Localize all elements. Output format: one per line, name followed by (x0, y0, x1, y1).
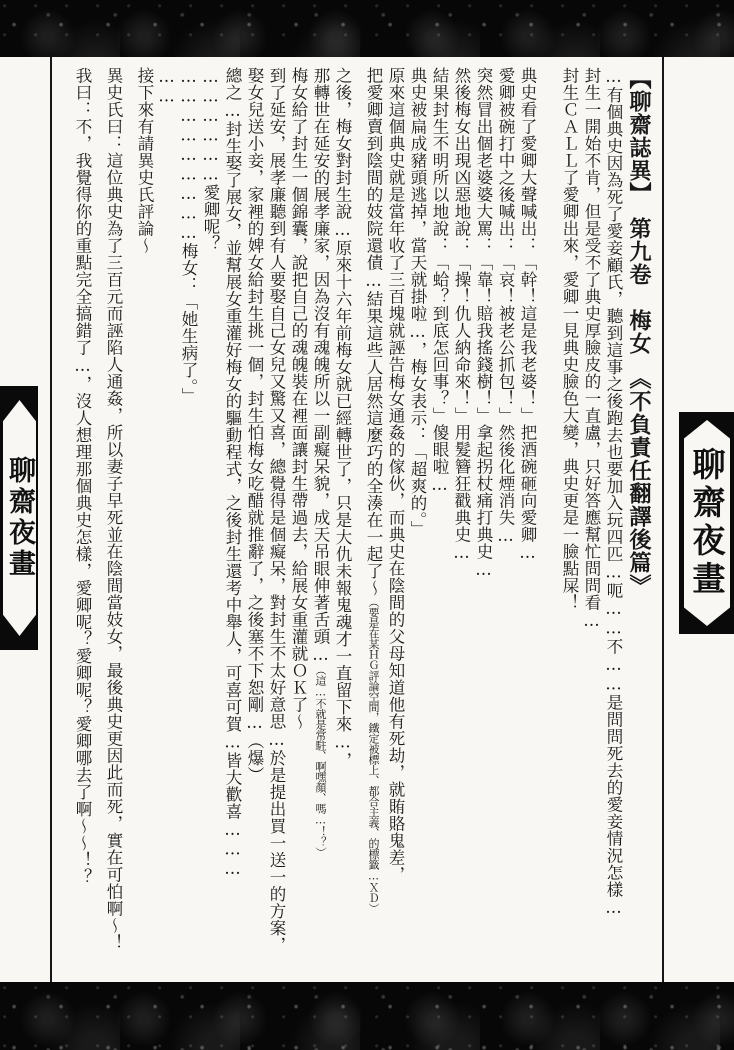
text-block: 【聊齋誌異】 第九卷 梅女 《不負責任翻譯後篇》…有個典史因為死了愛妾顧氏，聽到… (50, 57, 664, 982)
right-title-banner: 聊齋夜畫 (679, 412, 734, 634)
text-column: 然後梅女出現凶惡地說：「操！仇人納命來！」用髮簪狂戳典史… (450, 67, 472, 974)
text-column: 封生一開始不肯，但是受不了典史厚臉皮的一直盧，只好答應幫忙問問看… (580, 67, 602, 974)
text-column: 典史被扁成豬頭逃掉，當天就掛啦…，梅女表示：「超爽的。」 (406, 67, 428, 974)
text-column: 愛卿被碗打中之後喊出：「哀！被老公抓包！」然後化煙消失… (494, 67, 516, 974)
text-column: 我曰：不，我覺得你的重點完全搞錯了…，沒人想理那個典史怎樣，愛卿呢？愛卿呢？愛卿… (71, 67, 93, 974)
text-column: 原來這個典史就是當年收了三百塊就誣告梅女通姦的傢伙，而典史在陰間的父母知道他有死… (384, 67, 406, 974)
annotation-note: （要是在某ＨＧ評論空間，鐵定被標上、都合主義、的標籤…ＸＤ） (367, 597, 380, 914)
annotation-note: （這…不就是常駐、啊嘿顏、嗎…！？） (314, 665, 327, 858)
left-banner-lozenge: 聊齋夜畫 (3, 400, 36, 636)
text-column: 那轉世在延安的展孝廉家，因為沒有魂魄所以一副癡呆貌，成天吊眼伸著舌頭…（這…不就… (309, 67, 331, 974)
text-column: 封生ＣＡＬＬ了愛卿出來，愛卿一見典史臉色大變，典史更是一臉點屎！ (558, 67, 580, 974)
text-column: …有個典史因為死了愛妾顧氏，聽到這事之後跑去也要加入玩四匹…呃……不……是問問死… (602, 67, 624, 974)
text-column: 典史看了愛卿大聲喊出：「幹！這是我老婆！」把酒碗砸向愛卿… (516, 67, 538, 974)
text-column: 到了延安，展孝廉聽到有人要娶自己女兒又驚又喜，總覺得是個癡呆，對封生不太好意思…… (265, 67, 287, 974)
scanned-page: 聊齋夜畫 聊齋夜畫 【聊齋誌異】 第九卷 梅女 《不負責任翻譯後篇》…有個典史因… (0, 0, 734, 1050)
text-column: 突然冒出個老婆婆大罵：「靠！賠我搖錢樹！」拿起拐杖痛打典史… (472, 67, 494, 974)
bottom-border-band (0, 982, 734, 1050)
text-column: 接下來有請異史氏評論～ (133, 67, 155, 974)
text-column: 娶女兒送小妾，家裡的婢女給封生挑一個，封生怕梅女吃醋就推辭了，之後塞不下恕剛…（… (243, 67, 265, 974)
top-border-band (0, 0, 734, 57)
text-column: ………………………梅女：「她生病了。」 (177, 67, 199, 974)
series-title-left: 聊齋夜畫 (0, 456, 39, 580)
title-column: 【聊齋誌異】 第九卷 梅女 《不負責任翻譯後篇》 (624, 67, 654, 974)
left-title-banner: 聊齋夜畫 (0, 386, 38, 650)
right-banner-lozenge: 聊齋夜畫 (684, 420, 730, 626)
text-column: …… (155, 67, 177, 974)
text-column: 把愛卿賣到陰間的妓院還債…結果這些人居然這麼巧的全湊在一起了～（要是在某ＨＧ評論… (362, 67, 384, 974)
text-column: 結果封生不明所以地說：「蛤？到底怎回事？」傻眼啦… (428, 67, 450, 974)
series-title-right: 聊齋夜畫 (684, 447, 731, 599)
text-column: 之後，梅女對封生說…原來十六年前梅女就已經轉世了，只是大仇未報鬼魂才一直留下來…… (331, 67, 353, 974)
text-column: ………………愛卿呢？ (199, 67, 221, 974)
text-column: 總之…封生娶了展女，並幫展女重灌好梅女的驅動程式，之後封生還考中舉人，可喜可賀…… (221, 67, 243, 974)
text-column: 梅女給了封生一個錦囊，說把自己的魂魄裝在裡面讓封生帶過去，給展女重灌就ＯＫ了～ (287, 67, 309, 974)
text-column: 異史氏曰：這位典史為了三百元而誣陷人通姦，所以妻子早死並在陰間當妓女，最後典史更… (102, 67, 124, 974)
